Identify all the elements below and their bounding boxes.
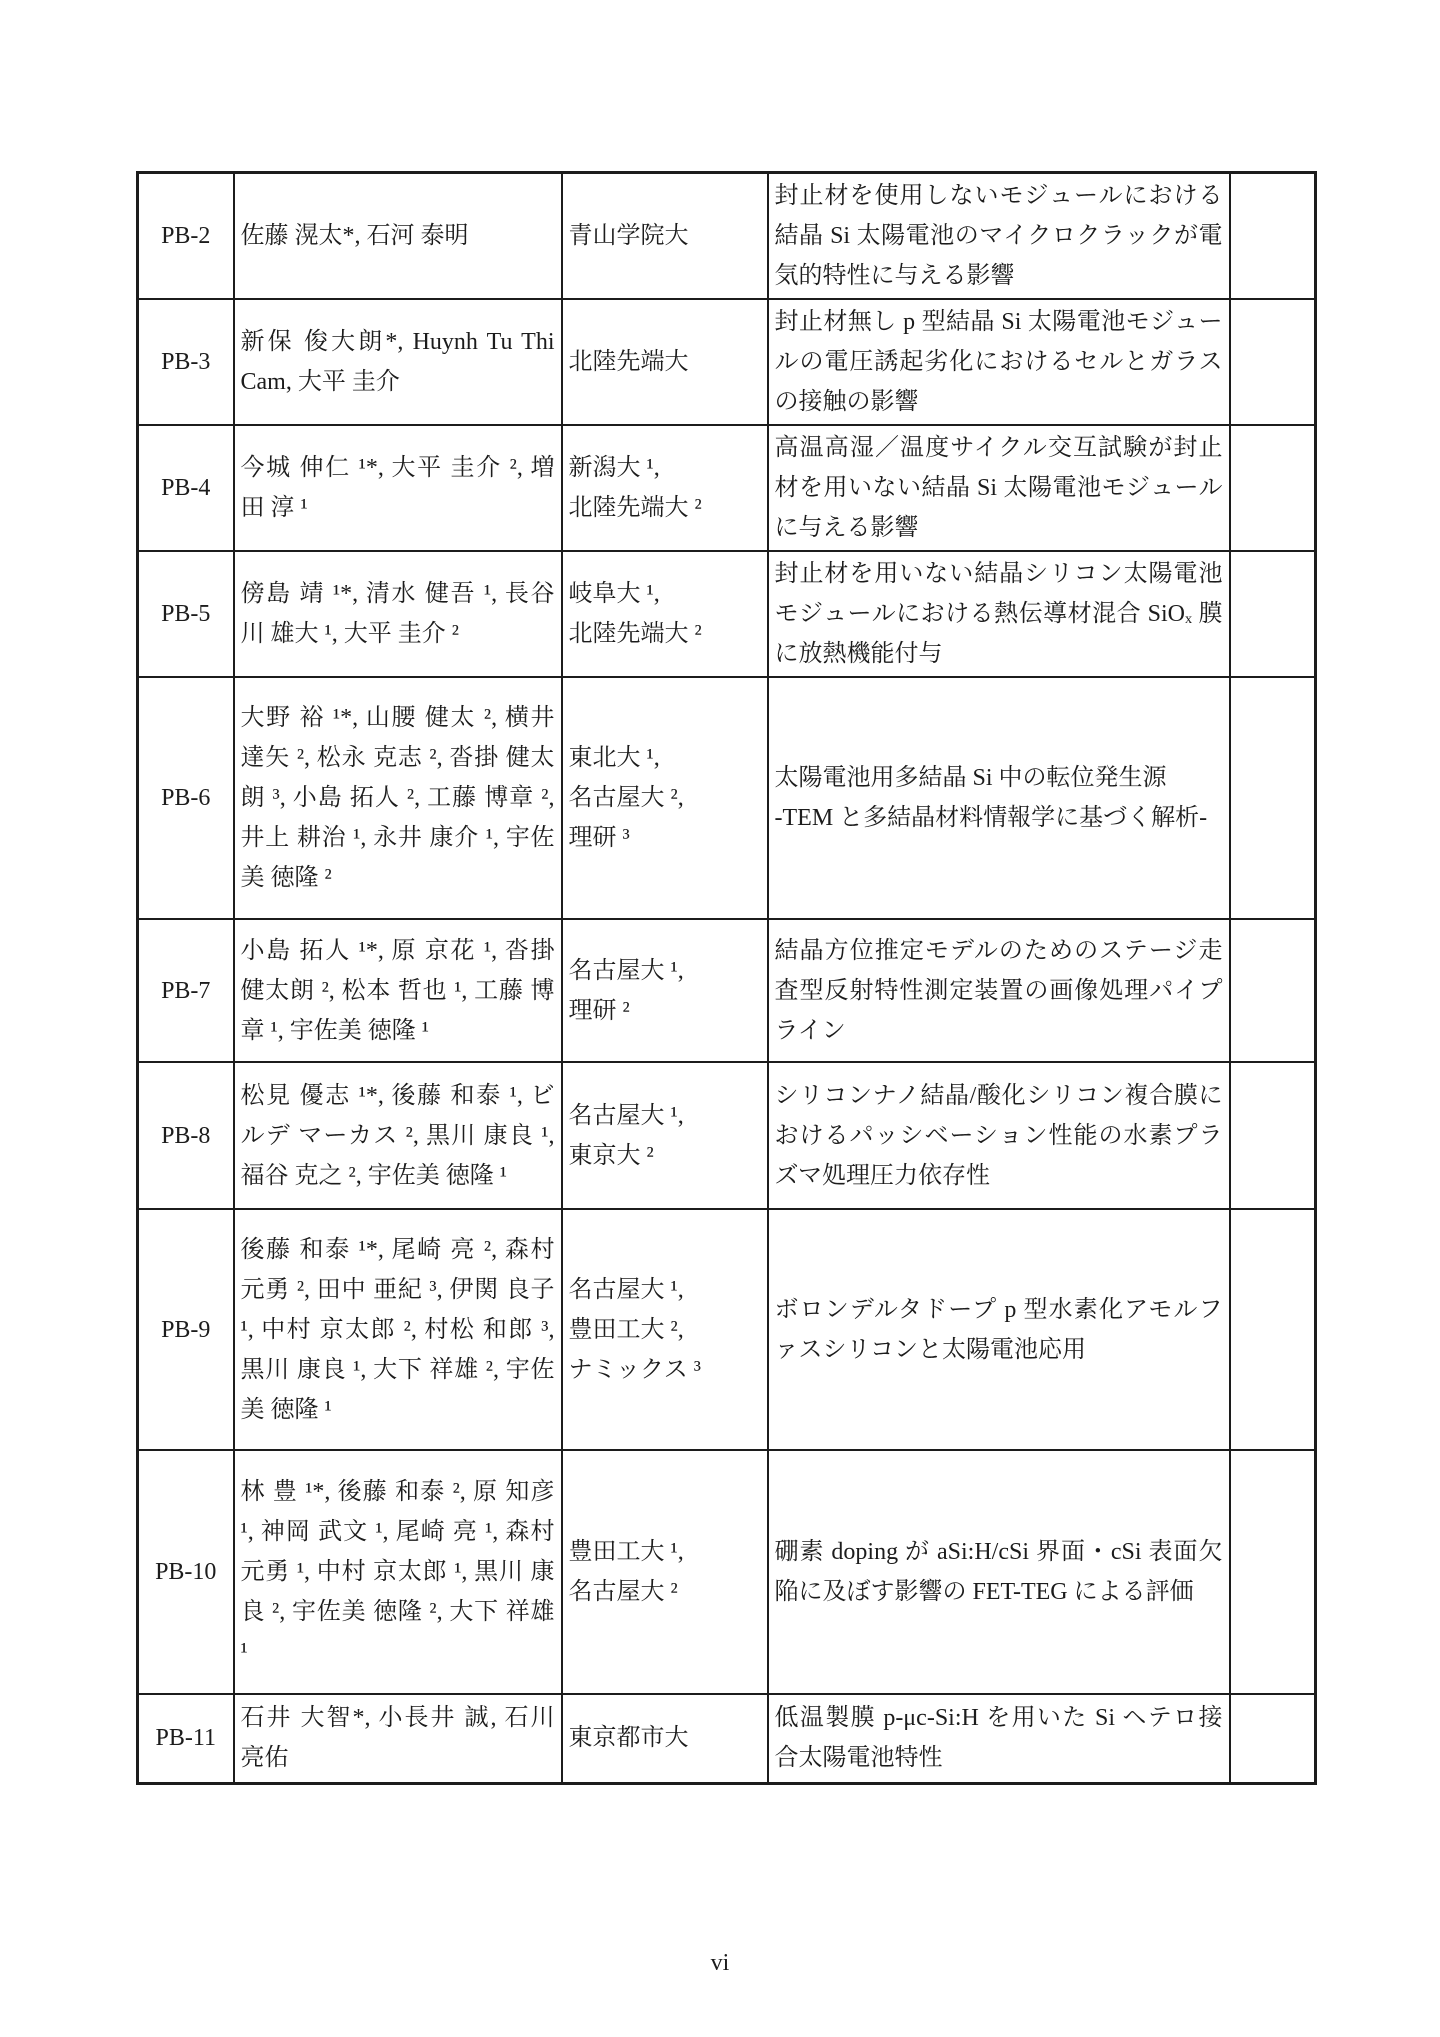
table-row: PB-5 傍島 靖 ¹*, 清水 健吾 ¹, 長谷川 雄大 ¹, 大平 圭介 ²…: [138, 551, 1316, 677]
notes-cell: [1230, 551, 1316, 677]
title-cell: 太陽電池用多結晶 Si 中の転位発生源 -TEM と多結晶材料情報学に基づく解析…: [768, 677, 1230, 919]
presentation-id: PB-8: [138, 1062, 234, 1209]
presentation-id: PB-5: [138, 551, 234, 677]
notes-cell: [1230, 1062, 1316, 1209]
notes-cell: [1230, 1694, 1316, 1783]
affiliation-cell: 新潟大 ¹, 北陸先端大 ²: [562, 425, 768, 551]
notes-cell: [1230, 1209, 1316, 1450]
authors-cell: 今城 伸仁 ¹*, 大平 圭介 ², 増田 淳 ¹: [234, 425, 562, 551]
authors-cell: 林 豊 ¹*, 後藤 和泰 ², 原 知彦 ¹, 神岡 武文 ¹, 尾崎 亮 ¹…: [234, 1450, 562, 1694]
notes-cell: [1230, 919, 1316, 1062]
table-row: PB-11 石井 大智*, 小長井 誠, 石川 亮佑 東京都市大 低温製膜 p-…: [138, 1694, 1316, 1783]
affiliation-cell: 北陸先端大: [562, 299, 768, 425]
authors-cell: 小島 拓人 ¹*, 原 京花 ¹, 沓掛 健太朗 ², 松本 哲也 ¹, 工藤 …: [234, 919, 562, 1062]
notes-cell: [1230, 425, 1316, 551]
presentation-id: PB-4: [138, 425, 234, 551]
authors-cell: 新保 俊大朗*, Huynh Tu Thi Cam, 大平 圭介: [234, 299, 562, 425]
title-cell: 低温製膜 p-μc-Si:H を用いた Si ヘテロ接合太陽電池特性: [768, 1694, 1230, 1783]
table-row: PB-6 大野 裕 ¹*, 山腰 健太 ², 横井 達矢 ², 松永 克志 ²,…: [138, 677, 1316, 919]
notes-cell: [1230, 299, 1316, 425]
table-row: PB-3 新保 俊大朗*, Huynh Tu Thi Cam, 大平 圭介 北陸…: [138, 299, 1316, 425]
authors-cell: 傍島 靖 ¹*, 清水 健吾 ¹, 長谷川 雄大 ¹, 大平 圭介 ²: [234, 551, 562, 677]
affiliation-cell: 名古屋大 ¹, 理研 ²: [562, 919, 768, 1062]
title-cell: 結晶方位推定モデルのためのステージ走査型反射特性測定装置の画像処理パイプライン: [768, 919, 1230, 1062]
presentation-id: PB-2: [138, 173, 234, 300]
affiliation-cell: 岐阜大 ¹, 北陸先端大 ²: [562, 551, 768, 677]
notes-cell: [1230, 677, 1316, 919]
affiliation-cell: 名古屋大 ¹, 東京大 ²: [562, 1062, 768, 1209]
table-row: PB-9 後藤 和泰 ¹*, 尾崎 亮 ², 森村 元勇 ², 田中 亜紀 ³,…: [138, 1209, 1316, 1450]
program-table: PB-2 佐藤 滉太*, 石河 泰明 青山学院大 封止材を使用しないモジュールに…: [136, 171, 1317, 1785]
title-cell: 高温高湿／温度サイクル交互試験が封止材を用いない結晶 Si 太陽電池モジュールに…: [768, 425, 1230, 551]
program-table-body: PB-2 佐藤 滉太*, 石河 泰明 青山学院大 封止材を使用しないモジュールに…: [138, 173, 1316, 1784]
title-cell: 封止材を使用しないモジュールにおける結晶 Si 太陽電池のマイクロクラックが電気…: [768, 173, 1230, 300]
page-number: vi: [0, 1950, 1440, 1977]
table-row: PB-8 松見 優志 ¹*, 後藤 和泰 ¹, ビルデ マーカス ², 黒川 康…: [138, 1062, 1316, 1209]
authors-cell: 後藤 和泰 ¹*, 尾崎 亮 ², 森村 元勇 ², 田中 亜紀 ³, 伊関 良…: [234, 1209, 562, 1450]
presentation-id: PB-11: [138, 1694, 234, 1783]
presentation-id: PB-7: [138, 919, 234, 1062]
authors-cell: 松見 優志 ¹*, 後藤 和泰 ¹, ビルデ マーカス ², 黒川 康良 ¹, …: [234, 1062, 562, 1209]
notes-cell: [1230, 173, 1316, 300]
affiliation-cell: 豊田工大 ¹, 名古屋大 ²: [562, 1450, 768, 1694]
authors-cell: 佐藤 滉太*, 石河 泰明: [234, 173, 562, 300]
presentation-id: PB-9: [138, 1209, 234, 1450]
presentation-id: PB-6: [138, 677, 234, 919]
authors-cell: 石井 大智*, 小長井 誠, 石川 亮佑: [234, 1694, 562, 1783]
affiliation-cell: 青山学院大: [562, 173, 768, 300]
authors-cell: 大野 裕 ¹*, 山腰 健太 ², 横井 達矢 ², 松永 克志 ², 沓掛 健…: [234, 677, 562, 919]
presentation-id: PB-3: [138, 299, 234, 425]
title-cell: 封止材無し p 型結晶 Si 太陽電池モジュールの電圧誘起劣化におけるセルとガラ…: [768, 299, 1230, 425]
notes-cell: [1230, 1450, 1316, 1694]
title-cell: 硼素 doping が aSi:H/cSi 界面・cSi 表面欠陥に及ぼす影響の…: [768, 1450, 1230, 1694]
affiliation-cell: 東北大 ¹, 名古屋大 ², 理研 ³: [562, 677, 768, 919]
title-cell: シリコンナノ結晶/酸化シリコン複合膜におけるパッシベーション性能の水素プラズマ処…: [768, 1062, 1230, 1209]
table-row: PB-10 林 豊 ¹*, 後藤 和泰 ², 原 知彦 ¹, 神岡 武文 ¹, …: [138, 1450, 1316, 1694]
title-cell: ボロンデルタドープ p 型水素化アモルファスシリコンと太陽電池応用: [768, 1209, 1230, 1450]
table-row: PB-4 今城 伸仁 ¹*, 大平 圭介 ², 増田 淳 ¹ 新潟大 ¹, 北陸…: [138, 425, 1316, 551]
table-row: PB-7 小島 拓人 ¹*, 原 京花 ¹, 沓掛 健太朗 ², 松本 哲也 ¹…: [138, 919, 1316, 1062]
table-row: PB-2 佐藤 滉太*, 石河 泰明 青山学院大 封止材を使用しないモジュールに…: [138, 173, 1316, 300]
affiliation-cell: 名古屋大 ¹, 豊田工大 ², ナミックス ³: [562, 1209, 768, 1450]
affiliation-cell: 東京都市大: [562, 1694, 768, 1783]
presentation-id: PB-10: [138, 1450, 234, 1694]
title-cell: 封止材を用いない結晶シリコン太陽電池モジュールにおける熱伝導材混合 SiOₓ 膜…: [768, 551, 1230, 677]
